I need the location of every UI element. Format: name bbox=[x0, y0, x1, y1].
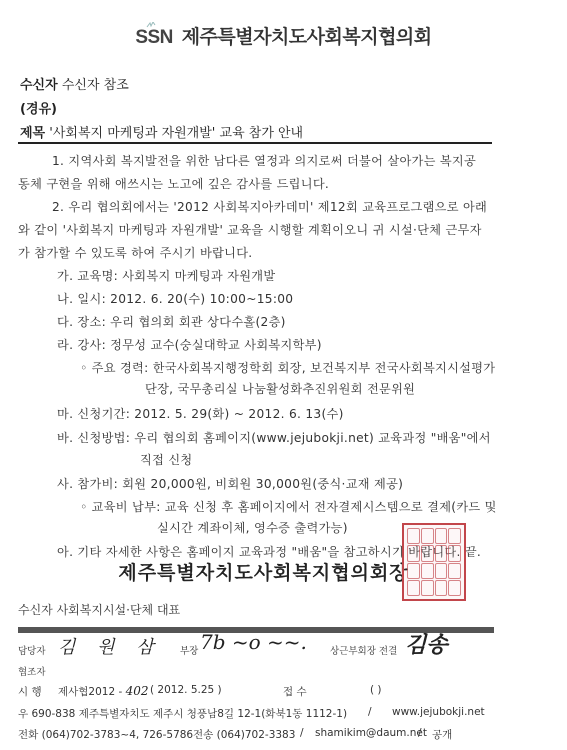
item-location: 다. 장소: 우리 협의회 회관 상다수홀(2층) bbox=[57, 313, 286, 330]
paragraph-2-line-1: 2. 우리 협의회에서는 '2012 사회복지아카데미' 제12회 교육프로그램… bbox=[52, 198, 487, 215]
recipient-row: 수신자 수신자 참조 bbox=[20, 74, 129, 93]
fax-number: 전송 (064)702-3383 bbox=[193, 727, 295, 742]
enforce-prefix: 제사협2012 - bbox=[58, 686, 126, 698]
official-document: SSN 제주특별자치도사회복지협의회 수신자 수신자 참조 (경유) 제목 '사… bbox=[0, 0, 567, 750]
separator: / bbox=[368, 706, 372, 718]
item-apply-period: 마. 신청기간: 2012. 5. 29(화) ~ 2012. 6. 13(수) bbox=[57, 405, 344, 422]
paragraph-2-line-3: 가 참가할 수 있도록 하여 주시기 바랍니다. bbox=[18, 244, 252, 261]
ssn-logo: SSN bbox=[135, 27, 177, 48]
enforce-number: 402 bbox=[126, 684, 149, 698]
staff-label: 담당자 bbox=[18, 643, 46, 657]
subject-value: '사회복지 마케팅과 자원개발' 교육 참가 안내 bbox=[49, 126, 303, 141]
item-apply-method-line-1: 바. 신청방법: 우리 협의회 홈페이지(www.jejubokji.net) … bbox=[57, 429, 491, 446]
via-row: (경유) bbox=[20, 98, 57, 117]
receipt-value: ( ) bbox=[370, 684, 382, 696]
item-fee: 사. 참가비: 회원 20,000원, 비회원 30,000원(중식·교재 제공… bbox=[57, 475, 403, 492]
paragraph-2-line-2: 와 같이 '사회복지 마케팅과 자원개발' 교육을 시행할 계획이오니 귀 시설… bbox=[18, 221, 482, 238]
subject-row: 제목 '사회복지 마케팅과 자원개발' 교육 참가 안내 bbox=[20, 122, 303, 141]
recipient-value: 수신자 참조 bbox=[62, 78, 129, 93]
manager-label: 부장 bbox=[180, 643, 198, 657]
header-divider bbox=[18, 142, 492, 144]
item-course-name: 가. 교육명: 사회복지 마케팅과 자원개발 bbox=[57, 267, 275, 284]
item-instructor: 라. 강사: 정무성 교수(숭실대학교 사회복지학부) bbox=[57, 336, 322, 353]
career-line-2: 단장, 국무총리실 나눔활성화추진위원회 전문위원 bbox=[145, 380, 415, 397]
logo-text: SSN bbox=[135, 27, 173, 48]
vp-label: 상근부회장 전결 bbox=[330, 643, 397, 657]
separator: / bbox=[418, 727, 422, 739]
enforce-label: 시 행 bbox=[18, 684, 42, 699]
payment-line-2: 실시간 계좌이체, 영수증 출력가능) bbox=[157, 519, 348, 536]
manager-signature: 7b ~o ~~. bbox=[200, 630, 307, 654]
email-link[interactable]: shamikim@daum.net bbox=[315, 727, 427, 739]
phone-number: 전화 (064)702-3783~4, 726-5786 bbox=[18, 727, 193, 742]
enforce-date: ( 2012. 5.25 ) bbox=[150, 684, 222, 696]
separator: / bbox=[300, 727, 304, 739]
via-label: (경유) bbox=[20, 102, 57, 117]
postal-address: 우 690-838 제주특별자치도 제주시 청풍남8길 12-1(화북1동 11… bbox=[18, 706, 347, 721]
recipient-label: 수신자 bbox=[20, 78, 58, 93]
enforce-value: 제사협2012 - 402 bbox=[58, 684, 149, 699]
leaf-icon bbox=[146, 22, 156, 28]
staff-signature: 김 원 삼 bbox=[58, 633, 162, 659]
recipients-list: 수신자 사회복지시설·단체 대표 bbox=[18, 601, 180, 618]
vp-signature: 김송 bbox=[405, 628, 448, 659]
item-apply-method-line-2: 직접 신청 bbox=[140, 451, 192, 468]
website-link[interactable]: www.jejubokji.net bbox=[392, 706, 485, 718]
paragraph-1-line-2: 동체 구현을 위해 애쓰시는 노고에 깊은 감사를 드립니다. bbox=[18, 175, 329, 192]
org-name: 제주특별자치도사회복지협의회 bbox=[182, 26, 432, 48]
career-line-1: ◦ 주요 경력: 한국사회복지행정학회 회장, 보건복지부 전국사회복지시설평가 bbox=[80, 359, 495, 376]
subject-label: 제목 bbox=[20, 126, 45, 141]
sender-title: 제주특별자치도사회복지협의회장 bbox=[0, 558, 567, 585]
payment-line-1: ◦ 교육비 납부: 교육 신청 후 홈페이지에서 전자결제시스템으로 결제(카드… bbox=[80, 498, 497, 515]
disclosure-status: 공개 bbox=[432, 727, 452, 742]
official-seal-icon bbox=[402, 523, 466, 601]
item-datetime: 나. 일시: 2012. 6. 20(수) 10:00~15:00 bbox=[57, 290, 293, 307]
document-header: SSN 제주특별자치도사회복지협의회 bbox=[0, 22, 567, 49]
receipt-label: 접 수 bbox=[283, 684, 307, 699]
paragraph-1-line-1: 1. 지역사회 복지발전을 위한 남다른 열정과 의지로써 더불어 살아가는 복… bbox=[52, 152, 476, 169]
coop-label: 협조자 bbox=[18, 664, 46, 678]
